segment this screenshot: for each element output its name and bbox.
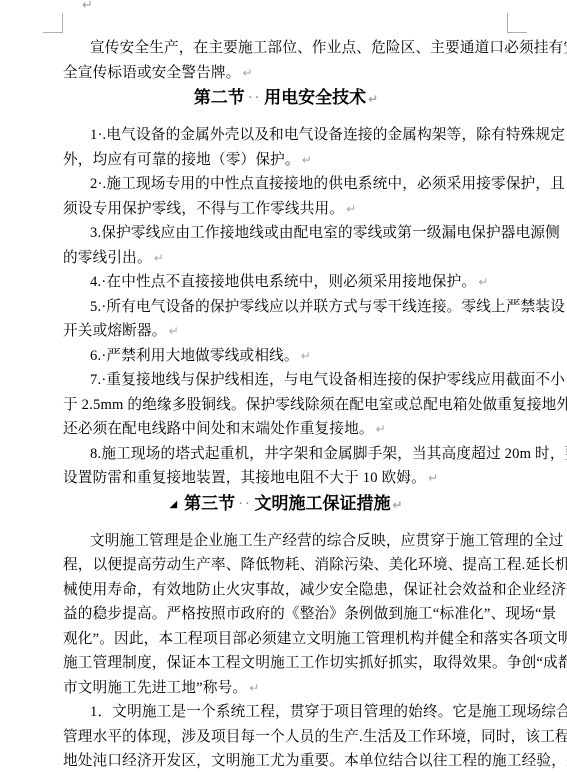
heading-label: 第三节 (184, 494, 235, 513)
heading-title: 用电安全技术 (264, 88, 366, 107)
text-line: 4.·在中性点不直接接地供电系统中，则必须采用接地保护。↵ (63, 270, 509, 295)
paragraph-mark-icon: ↵ (82, 0, 93, 13)
triangle-marker-icon: ◢ (169, 499, 184, 510)
text-line: 外，均应有可靠的接地（零）保护。↵ (63, 148, 509, 173)
text-line: 施工管理制度，保证本工程文明施工工作切实抓好抓实，取得效果。争创“成都 (63, 651, 509, 676)
paragraph-mark-icon: ↵ (152, 251, 164, 265)
line-text: 8.施工现场的塔式起重机，井字架和金属脚手架，当其高度超过 20m 时，要 (90, 446, 567, 462)
space-dots-mark: ·· (235, 498, 254, 510)
line-text: 管理水平的体现，涉及项目每一个人员的生产.生活及工作环境，同时，该工程 (63, 729, 567, 745)
text-line: 5.·所有电气设备的保护零线应以并联方式与零干线连接。零线上严禁装设 (63, 295, 509, 320)
text-line: 地处沌口经济开发区，文明施工尤为重要。本单位结合以往工程的施工经验，并 (63, 749, 509, 772)
text-line: 械使用寿命，有效地防止火灾事故，减少安全隐患，保证社会效益和企业经济效 (63, 578, 509, 603)
paragraph-mark-icon: ↵ (167, 324, 179, 338)
line-text: 程，以便提高劳动生产率、降低物耗、消除污染、美化环境、提高工程.延长机 (63, 557, 567, 573)
line-text: 6.·严禁利用大地做零线或相线。 (90, 348, 299, 364)
text-line: 2·.施工现场专用的中性点直接接地的供电系统中，必须采用接零保护，且 (63, 172, 509, 197)
line-text: 还必须在配电线路中间处和末端处作重复接地。 (63, 421, 374, 437)
line-text: 地处沌口经济开发区，文明施工尤为重要。本单位结合以往工程的施工经验，并 (63, 753, 567, 769)
line-text: 3.保护零线应由工作接地线或由配电室的零线或第一级漏电保护器电源侧 (90, 225, 560, 241)
paragraph-mark-icon: ↵ (426, 471, 438, 485)
text-line: 1．文明施工是一个系统工程，贯穿于项目管理的始终。它是施工现场综合 (63, 700, 509, 725)
line-text: 2·.施工现场专用的中性点直接接地的供电系统中，必须采用接零保护，且 (90, 176, 565, 192)
text-line: 宣传安全生产，在主要施工部位、作业点、危险区、主要通道口必须挂有安 (63, 36, 509, 61)
text-line: 的零线引出。↵ (63, 246, 509, 271)
text-line: 6.·严禁利用大地做零线或相线。↵ (63, 344, 509, 369)
text-line: 开关或熔断器。↵ (63, 319, 509, 344)
line-text: 于 2.5mm 的绝缘多股铜线。保护零线除须在配电室或总配电箱处做重复接地外， (63, 397, 567, 413)
text-line: 还必须在配电线路中间处和末端处作重复接地。↵ (63, 417, 509, 442)
line-text: 1．文明施工是一个系统工程，贯穿于项目管理的始终。它是施工现场综合 (90, 704, 567, 720)
space-dots-mark: ·· (245, 92, 264, 104)
line-text: 益的稳步提高。严格按照市政府的《整治》条例做到施工“标准化”、现场“景 (63, 606, 556, 622)
text-line: 文明施工管理是企业施工生产经营的综合反映，应贯穿于施工管理的全过 (63, 529, 509, 554)
text-line: 设置防雷和重复接地装置，其接地电阻不大于 10 欧姆。↵ (63, 466, 509, 491)
text-line: 7.·重复接地线与保护线相连，与电气设备相连接的保护零线应用截面不小 (63, 368, 509, 393)
line-text: 市文明施工先进工地”称号。 (63, 680, 247, 696)
line-text: 施工管理制度，保证本工程文明施工工作切实抓好抓实，取得效果。争创“成都 (63, 655, 567, 671)
text-boundary-mark (507, 13, 508, 33)
paragraph-mark-icon: ↵ (300, 153, 312, 167)
text-line: 市文明施工先进工地”称号。↵ (63, 676, 509, 701)
paragraph-mark-icon: ↵ (241, 66, 253, 80)
line-text: 1·.电气设备的金属外壳以及和电气设备连接的金属构架等，除有特殊规定 (90, 127, 565, 143)
paragraph-mark-icon: ↵ (247, 681, 259, 695)
text-line: 观化”。因此，本工程项目部必须建立文明施工管理机构并健全和落实各项文明 (63, 627, 509, 652)
text-line: 益的稳步提高。严格按照市政府的《整治》条例做到施工“标准化”、现场“景 (63, 602, 509, 627)
paragraph-mark-icon: ↵ (366, 92, 378, 106)
line-text: 械使用寿命，有效地防止火灾事故，减少安全隐患，保证社会效益和企业经济效 (63, 582, 567, 598)
line-text: 7.·重复接地线与保护线相连，与电气设备相连接的保护零线应用截面不小 (90, 372, 565, 388)
text-line: 全宣传标语或安全警告牌。↵ (63, 61, 509, 86)
line-text: 设置防雷和重复接地装置，其接地电阻不大于 10 欧姆。 (63, 470, 426, 486)
text-line: 于 2.5mm 的绝缘多股铜线。保护零线除须在配电室或总配电箱处做重复接地外， (63, 393, 509, 418)
paragraph-mark-icon: ↵ (390, 498, 402, 512)
line-text: 5.·所有电气设备的保护零线应以并联方式与零干线连接。零线上严禁装设 (90, 299, 565, 315)
text-line: 须设专用保护零线，不得与工作零线共用。↵ (63, 197, 509, 222)
line-text: 开关或熔断器。 (63, 323, 167, 339)
text-line: 管理水平的体现，涉及项目每一个人员的生产.生活及工作环境，同时，该工程 (63, 725, 509, 750)
text-line: 8.施工现场的塔式起重机，井字架和金属脚手架，当其高度超过 20m 时，要 (63, 442, 509, 467)
text-boundary-mark (62, 13, 63, 33)
heading-label: 第二节 (194, 88, 245, 107)
line-text: 文明施工管理是企业施工生产经营的综合反映，应贯穿于施工管理的全过 (90, 533, 563, 549)
line-text: 的零线引出。 (63, 250, 152, 266)
paragraph-mark-icon: ↵ (374, 422, 386, 436)
document-body: 宣传安全生产，在主要施工部位、作业点、危险区、主要通道口必须挂有安 全宣传标语或… (63, 36, 509, 772)
line-text: 全宣传标语或安全警告牌。 (63, 65, 241, 81)
paragraph-mark-icon: ↵ (476, 275, 488, 289)
line-text: 宣传安全生产，在主要施工部位、作业点、危险区、主要通道口必须挂有安 (90, 40, 567, 56)
heading-title: 文明施工保证措施 (254, 494, 390, 513)
document-page: ↵ 宣传安全生产，在主要施工部位、作业点、危险区、主要通道口必须挂有安 全宣传标… (0, 0, 567, 772)
text-line: 3.保护零线应由工作接地线或由配电室的零线或第一级漏电保护器电源侧 (63, 221, 509, 246)
line-text: 观化”。因此，本工程项目部必须建立文明施工管理机构并健全和落实各项文明 (63, 631, 567, 647)
text-line: 1·.电气设备的金属外壳以及和电气设备连接的金属构架等，除有特殊规定 (63, 123, 509, 148)
line-text: 须设专用保护零线，不得与工作零线共用。 (63, 201, 344, 217)
text-boundary-mark (43, 32, 63, 33)
line-text: 外，均应有可靠的接地（零）保护。 (63, 152, 300, 168)
section-heading-3: ◢第三节··文明施工保证措施↵ (63, 491, 509, 518)
text-boundary-mark (507, 32, 527, 33)
paragraph-mark-icon: ↵ (344, 202, 356, 216)
line-text: 4.·在中性点不直接接地供电系统中，则必须采用接地保护。 (90, 274, 476, 290)
section-heading-2: 第二节··用电安全技术↵ (63, 85, 509, 112)
text-line: 程，以便提高劳动生产率、降低物耗、消除污染、美化环境、提高工程.延长机 (63, 553, 509, 578)
paragraph-mark-icon: ↵ (299, 349, 311, 363)
